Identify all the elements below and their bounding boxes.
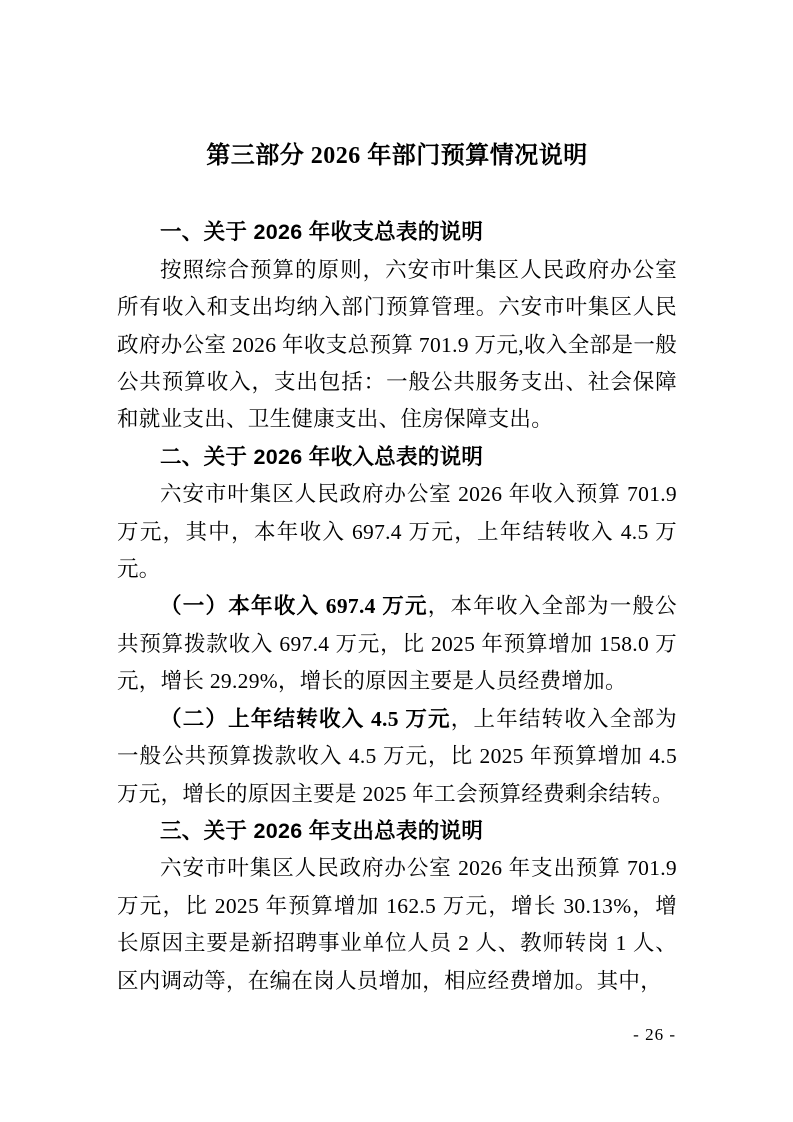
page-number: - 26 - bbox=[633, 1024, 676, 1046]
paragraph-text: 六安市叶集区人民政府办公室 2026 年支出预算 701.9 万元，比 2025… bbox=[117, 856, 677, 992]
section-heading-1: 一、关于 2026 年收支总表的说明 bbox=[117, 214, 677, 251]
paragraph: 按照综合预算的原则，六安市叶集区人民政府办公室所有收入和支出均纳入部门预算管理。… bbox=[117, 252, 677, 439]
paragraph: 六安市叶集区人民政府办公室 2026 年支出预算 701.9 万元，比 2025… bbox=[117, 850, 677, 1000]
paragraph: （一）本年收入 697.4 万元，本年收入全部为一般公共预算拨款收入 697.4… bbox=[117, 588, 677, 700]
document-body: 一、关于 2026 年收支总表的说明 按照综合预算的原则，六安市叶集区人民政府办… bbox=[117, 214, 677, 1000]
paragraph-text: 六安市叶集区人民政府办公室 2026 年收入预算 701.9 万元，其中，本年收… bbox=[117, 482, 677, 581]
section-heading-2: 二、关于 2026 年收入总表的说明 bbox=[117, 439, 677, 476]
paragraph-bold-lead: （一）本年收入 697.4 万元 bbox=[160, 594, 428, 618]
paragraph: 六安市叶集区人民政府办公室 2026 年收入预算 701.9 万元，其中，本年收… bbox=[117, 476, 677, 588]
paragraph-bold-lead: （二）上年结转收入 4.5 万元 bbox=[160, 707, 451, 731]
paragraph-text: 按照综合预算的原则，六安市叶集区人民政府办公室所有收入和支出均纳入部门预算管理。… bbox=[117, 258, 677, 432]
page-title: 第三部分 2026 年部门预算情况说明 bbox=[117, 138, 677, 175]
section-heading-3: 三、关于 2026 年支出总表的说明 bbox=[117, 813, 677, 850]
paragraph: （二）上年结转收入 4.5 万元，上年结转收入全部为一般公共预算拨款收入 4.5… bbox=[117, 701, 677, 813]
document-page: 第三部分 2026 年部门预算情况说明 一、关于 2026 年收支总表的说明 按… bbox=[0, 0, 793, 1122]
